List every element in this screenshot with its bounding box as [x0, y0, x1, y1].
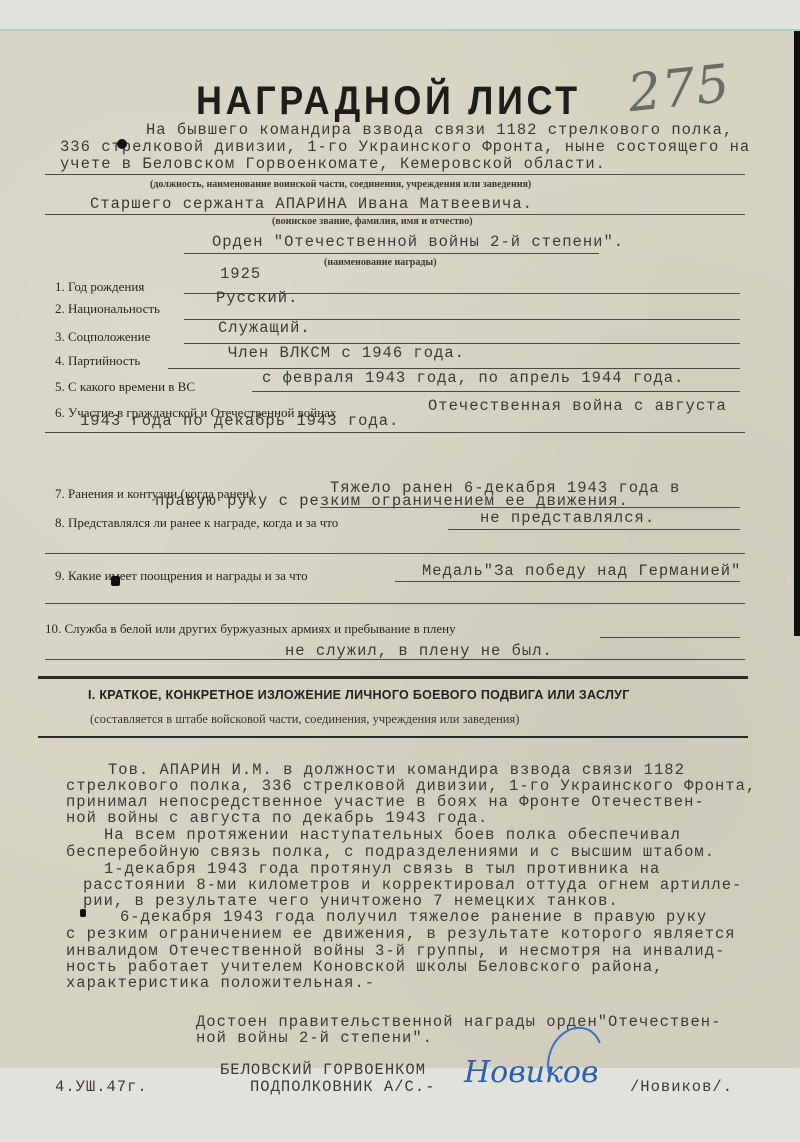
recipient-name: Старшего сержанта АПАРИНА Ивана Матвееви…	[90, 195, 533, 213]
rule	[320, 507, 740, 508]
section-heading: I. КРАТКОЕ, КОНКРЕТНОЕ ИЗЛОЖЕНИЕ ЛИЧНОГО…	[88, 688, 630, 702]
field-value-social-status: Служащий.	[218, 319, 311, 337]
field-label-commendations: 9. Какие имеет поощрения и награды и за …	[55, 568, 308, 584]
ink-blot	[80, 909, 86, 917]
section-divider	[38, 676, 748, 679]
narrative-line: характеристика положительная.-	[66, 974, 375, 992]
field-value-birth-year: 1925	[220, 265, 261, 283]
signer-rank: ПОДПОЛКОВНИК А/С.-	[250, 1078, 435, 1096]
rule	[600, 637, 740, 638]
document-date: 4.УШ.47г.	[55, 1078, 148, 1096]
rule	[45, 214, 745, 215]
document-title: НАГРАДНОЙ ЛИСТ	[196, 79, 581, 124]
header-line: На бывшего командира взвода связи 1182 с…	[146, 121, 733, 139]
rule	[45, 603, 745, 604]
field-value-party: Член ВЛКСМ с 1946 года.	[228, 344, 465, 362]
section-divider	[38, 736, 748, 738]
award-name: Орден "Отечественной войны 2-й степени".	[212, 233, 624, 251]
field-label-social-status: 3. Соцположение	[55, 329, 150, 345]
handwritten-page-number: 275	[625, 54, 733, 124]
narrative-line: с резким ограничением ее движения, в рез…	[66, 925, 736, 943]
header-line: учете в Беловском Горвоенкомате, Кемеров…	[60, 155, 606, 173]
field-value-service-period: с февраля 1943 года, по апрель 1944 года…	[262, 369, 684, 387]
rule	[45, 174, 745, 175]
signer-name: /Новиков/.	[630, 1078, 733, 1096]
field-label-nationality: 2. Национальность	[55, 301, 160, 317]
signer-organization: БЕЛОВСКИЙ ГОРВОЕНКОМ	[220, 1061, 426, 1079]
field-label-service-period: 5. С какого времени в ВС	[55, 379, 195, 395]
chevron-right-icon[interactable]: ›	[786, 575, 796, 587]
rule	[184, 253, 599, 254]
field-label-enemy-service: 10. Служба в белой или других буржуазных…	[45, 621, 456, 637]
rule	[45, 659, 745, 660]
field-label-birth-year: 1. Год рождения	[55, 279, 144, 295]
rule	[395, 581, 740, 582]
conclusion-line: ной войны 2-й степени".	[196, 1029, 433, 1047]
ink-blot	[117, 139, 127, 149]
field-value-enemy-service: не служил, в плену не был.	[285, 642, 553, 660]
field-value-commendations: Медаль"За победу над Германией"	[422, 562, 741, 580]
header-line: 336 стрелковой дивизии, 1-го Украинского…	[60, 138, 750, 156]
field-value-war-participation: Отечественная война с августа	[428, 397, 727, 415]
caption-name: (воинское звание, фамилия, имя и отчеств…	[272, 216, 473, 227]
caption-position: (должность, наименование воинской части,…	[150, 179, 531, 190]
narrative-line: ной войны с августа по декабрь 1943 года…	[66, 809, 488, 827]
field-value-nationality: Русский.	[216, 289, 298, 307]
award-document-page: НАГРАДНОЙ ЛИСТ 275 На бывшего командира …	[0, 29, 800, 1068]
field-value-prior-awards: не представлялся.	[480, 509, 655, 527]
field-label-party: 4. Партийность	[55, 353, 140, 369]
page-edge-shadow	[794, 31, 800, 636]
rule	[45, 432, 745, 433]
narrative-line: На всем протяжении наступательных боев п…	[104, 826, 681, 844]
caption-award: (наименование награды)	[324, 257, 437, 268]
narrative-line: бесперебойную связь полка, с подразделен…	[66, 843, 715, 861]
section-subheading: (составляется в штабе войсковой части, с…	[90, 712, 519, 727]
rule	[448, 529, 740, 530]
field-value-war-participation-cont: 1943 года по декабрь 1943 года.	[80, 412, 399, 430]
rule	[45, 553, 745, 554]
ink-blot	[111, 576, 120, 586]
field-label-prior-awards: 8. Представлялся ли ранее к награде, ког…	[55, 515, 338, 531]
rule	[252, 391, 740, 392]
narrative-line: 6-декабря 1943 года получил тяжелое ране…	[120, 908, 707, 926]
